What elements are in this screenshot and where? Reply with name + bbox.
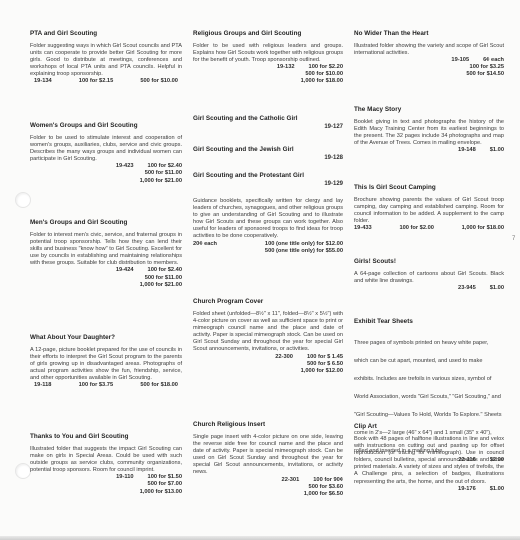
price: 500 for $ 6.50 <box>307 361 343 368</box>
item-prices: 19-118 100 for $3.75 500 for $18.00 <box>30 382 182 389</box>
price: 500 for $10.00 <box>140 78 178 85</box>
price: 1,000 for $21.00 <box>140 178 182 185</box>
price: 1,000 for $6.50 <box>304 491 343 498</box>
price: 1,000 for $18.00 <box>301 78 343 85</box>
item-title: Thanks to You and Girl Scouting <box>30 433 182 441</box>
item-code: 19-424 <box>116 267 134 274</box>
item-code: 19-129 <box>193 180 343 188</box>
edge-page-mark: 7 <box>512 236 515 242</box>
item-code: 19-148 <box>458 147 476 154</box>
item-code: 19-176 <box>458 486 476 493</box>
item-jewish-girl: Girl Scouting and the Jewish Girl 19-128 <box>193 146 343 162</box>
item-prices: 19-423100 for $2.40 500 for $11.00 1,000… <box>30 163 182 184</box>
price: $1.00 <box>490 285 504 292</box>
item-pta: PTA and Girl Scouting Folder suggesting … <box>30 30 182 86</box>
item-girls-scouts: Girls! Scouts! A 64-page collection of c… <box>354 258 504 292</box>
item-title: Girls! Scouts! <box>354 258 504 266</box>
item-prices: 19-433 100 for $2.00 1,000 for $18.00 <box>354 225 504 232</box>
item-prices: 19-148$1.00 <box>354 147 504 154</box>
item-prices: 19-134 100 for $2.15 500 for $10.00 <box>30 78 182 85</box>
price: 100 (one title only) for $12.00 <box>265 241 343 248</box>
item-title: Religious Groups and Girl Scouting <box>193 30 343 38</box>
price: 100 for $2.15 <box>79 78 113 85</box>
item-clip-art: Clip Art Book with 48 pages of halftone … <box>354 423 504 493</box>
item-code: 19-423 <box>116 163 134 170</box>
item-title: PTA and Girl Scouting <box>30 30 182 38</box>
price: 100 for $ 1.45 <box>307 354 343 361</box>
item-title: Church Religious Insert <box>193 421 343 429</box>
item-title: Girl Scouting and the Jewish Girl <box>193 146 343 154</box>
price: 100 for $2.20 <box>309 64 343 71</box>
price-each: 20¢ each <box>193 241 217 248</box>
price: 1,000 for $12.00 <box>301 368 343 375</box>
item-description: Illustrated folder showing the variety a… <box>354 43 504 57</box>
item-prices: 22-301100 for 90¢ 500 for $3.60 1,000 fo… <box>193 477 343 498</box>
price: 1,000 for $13.00 <box>140 489 182 496</box>
item-title: Exhibit Tear Sheets <box>354 318 504 326</box>
item-title: Women's Groups and Girl Scouting <box>30 122 182 130</box>
item-prices: 19-110100 for $1.50 500 for $7.00 1,000 … <box>30 474 182 495</box>
price: 500 for $18.00 <box>140 382 178 389</box>
item-code: 23-945 <box>458 285 476 292</box>
price: 500 for $10.00 <box>305 71 343 78</box>
price: 1,000 for $18.00 <box>462 225 504 232</box>
item-prices: 23-945$1.00 <box>354 285 504 292</box>
item-code: 19-110 <box>116 474 133 481</box>
page-bottom-edge <box>0 536 520 540</box>
item-prices: 19-132100 for $2.20 500 for $10.00 1,000… <box>193 64 343 85</box>
item-title: No Wider Than the Heart <box>354 30 504 38</box>
item-description: Illustrated folder that suggests the imp… <box>30 446 182 474</box>
price: $1.00 <box>490 147 504 154</box>
item-catholic-girl: Girl Scouting and the Catholic Girl 19-1… <box>193 115 343 131</box>
binder-hole-top <box>15 192 31 208</box>
item-title: Church Program Cover <box>193 298 343 306</box>
item-description: Guidance booklets, specifically written … <box>193 198 343 241</box>
item-description: Booklet giving in text and photographs t… <box>354 119 504 147</box>
item-womens-groups: Women's Groups and Girl Scouting Folder … <box>30 122 182 185</box>
item-code: 22-301 <box>282 477 300 484</box>
price: 6¢ each <box>483 57 504 64</box>
item-description: Folder to interest men's civic, service,… <box>30 232 182 267</box>
price: 500 for $11.00 <box>145 170 182 177</box>
item-what-about-your-daughter: What About Your Daughter? A 12-page, pic… <box>30 334 182 390</box>
item-mens-groups: Men's Groups and Girl Scouting Folder to… <box>30 219 182 289</box>
price: 100 for $2.00 <box>399 225 433 232</box>
item-title: Girl Scouting and the Catholic Girl <box>193 115 343 123</box>
price: 500 (one title only) for $55.00 <box>265 248 343 255</box>
price: 100 for $2.40 <box>148 267 182 274</box>
item-title: Men's Groups and Girl Scouting <box>30 219 182 227</box>
item-macy-story: The Macy Story Booklet giving in text an… <box>354 106 504 154</box>
item-description: Brochure showing parents the values of G… <box>354 197 504 225</box>
item-title: What About Your Daughter? <box>30 334 182 342</box>
item-description: Folder to be used to stimulate interest … <box>30 135 182 163</box>
item-description: Folded sheet (unfolded—8½" x 11", folded… <box>193 311 343 354</box>
price: 100 for $2.40 <box>148 163 182 170</box>
item-church-religious-insert: Church Religious Insert Single page inse… <box>193 421 343 498</box>
binder-hole-bottom <box>15 463 31 479</box>
item-code: 19-128 <box>193 154 343 162</box>
item-code: 19-118 <box>34 382 51 389</box>
item-code: 22-300 <box>275 354 293 361</box>
item-code: 19-127 <box>193 123 343 131</box>
item-description: Folder suggesting ways in which Girl Sco… <box>30 43 182 78</box>
item-religious-groups: Religious Groups and Girl Scouting Folde… <box>193 30 343 86</box>
price: 500 for $11.00 <box>145 275 182 282</box>
price: 100 for $3.75 <box>79 382 113 389</box>
item-prices: 22-300100 for $ 1.45 500 for $ 6.50 1,00… <box>193 354 343 375</box>
price: $1.00 <box>490 486 504 493</box>
price: 100 for 90¢ <box>313 477 343 484</box>
item-title: This Is Girl Scout Camping <box>354 184 504 192</box>
price: 1,000 for $21.00 <box>140 282 182 289</box>
price: 100 for $1.50 <box>148 474 182 481</box>
price: 500 for $3.60 <box>309 484 343 491</box>
item-title: The Macy Story <box>354 106 504 114</box>
price: 100 for $3.25 <box>470 64 504 71</box>
item-girl-scout-camping: This Is Girl Scout Camping Brochure show… <box>354 184 504 232</box>
item-description: A 12-page, picture booklet prepared for … <box>30 347 182 382</box>
item-title: Clip Art <box>354 423 504 431</box>
item-description: A 64-page collection of cartoons about G… <box>354 271 504 285</box>
item-prices: 20¢ each100 (one title only) for $12.00 … <box>193 241 343 255</box>
price: 500 for $14.50 <box>466 71 504 78</box>
item-thanks-to-you: Thanks to You and Girl Scouting Illustra… <box>30 433 182 496</box>
item-code: 19-433 <box>354 225 372 232</box>
item-no-wider-than-the-heart: No Wider Than the Heart Illustrated fold… <box>354 30 504 78</box>
item-prices: 19-424100 for $2.40 500 for $11.00 1,000… <box>30 267 182 288</box>
item-description: Single page insert with 4-color picture … <box>193 434 343 477</box>
item-protestant-girl: Girl Scouting and the Protestant Girl 19… <box>193 172 343 255</box>
item-prices: 19-1056¢ each 100 for $3.25 500 for $14.… <box>354 57 504 78</box>
item-code: 19-132 <box>277 64 295 71</box>
item-title: Girl Scouting and the Protestant Girl <box>193 172 343 180</box>
price: 500 for $7.00 <box>148 481 182 488</box>
item-description: Book with 48 pages of halftone illustrat… <box>354 436 504 486</box>
item-code: 19-105 <box>451 57 469 64</box>
item-description: Folder to be used with religious leaders… <box>193 43 343 64</box>
item-code: 19-134 <box>34 78 52 85</box>
item-prices: 19-176$1.00 <box>354 486 504 493</box>
item-church-program-cover: Church Program Cover Folded sheet (unfol… <box>193 298 343 375</box>
